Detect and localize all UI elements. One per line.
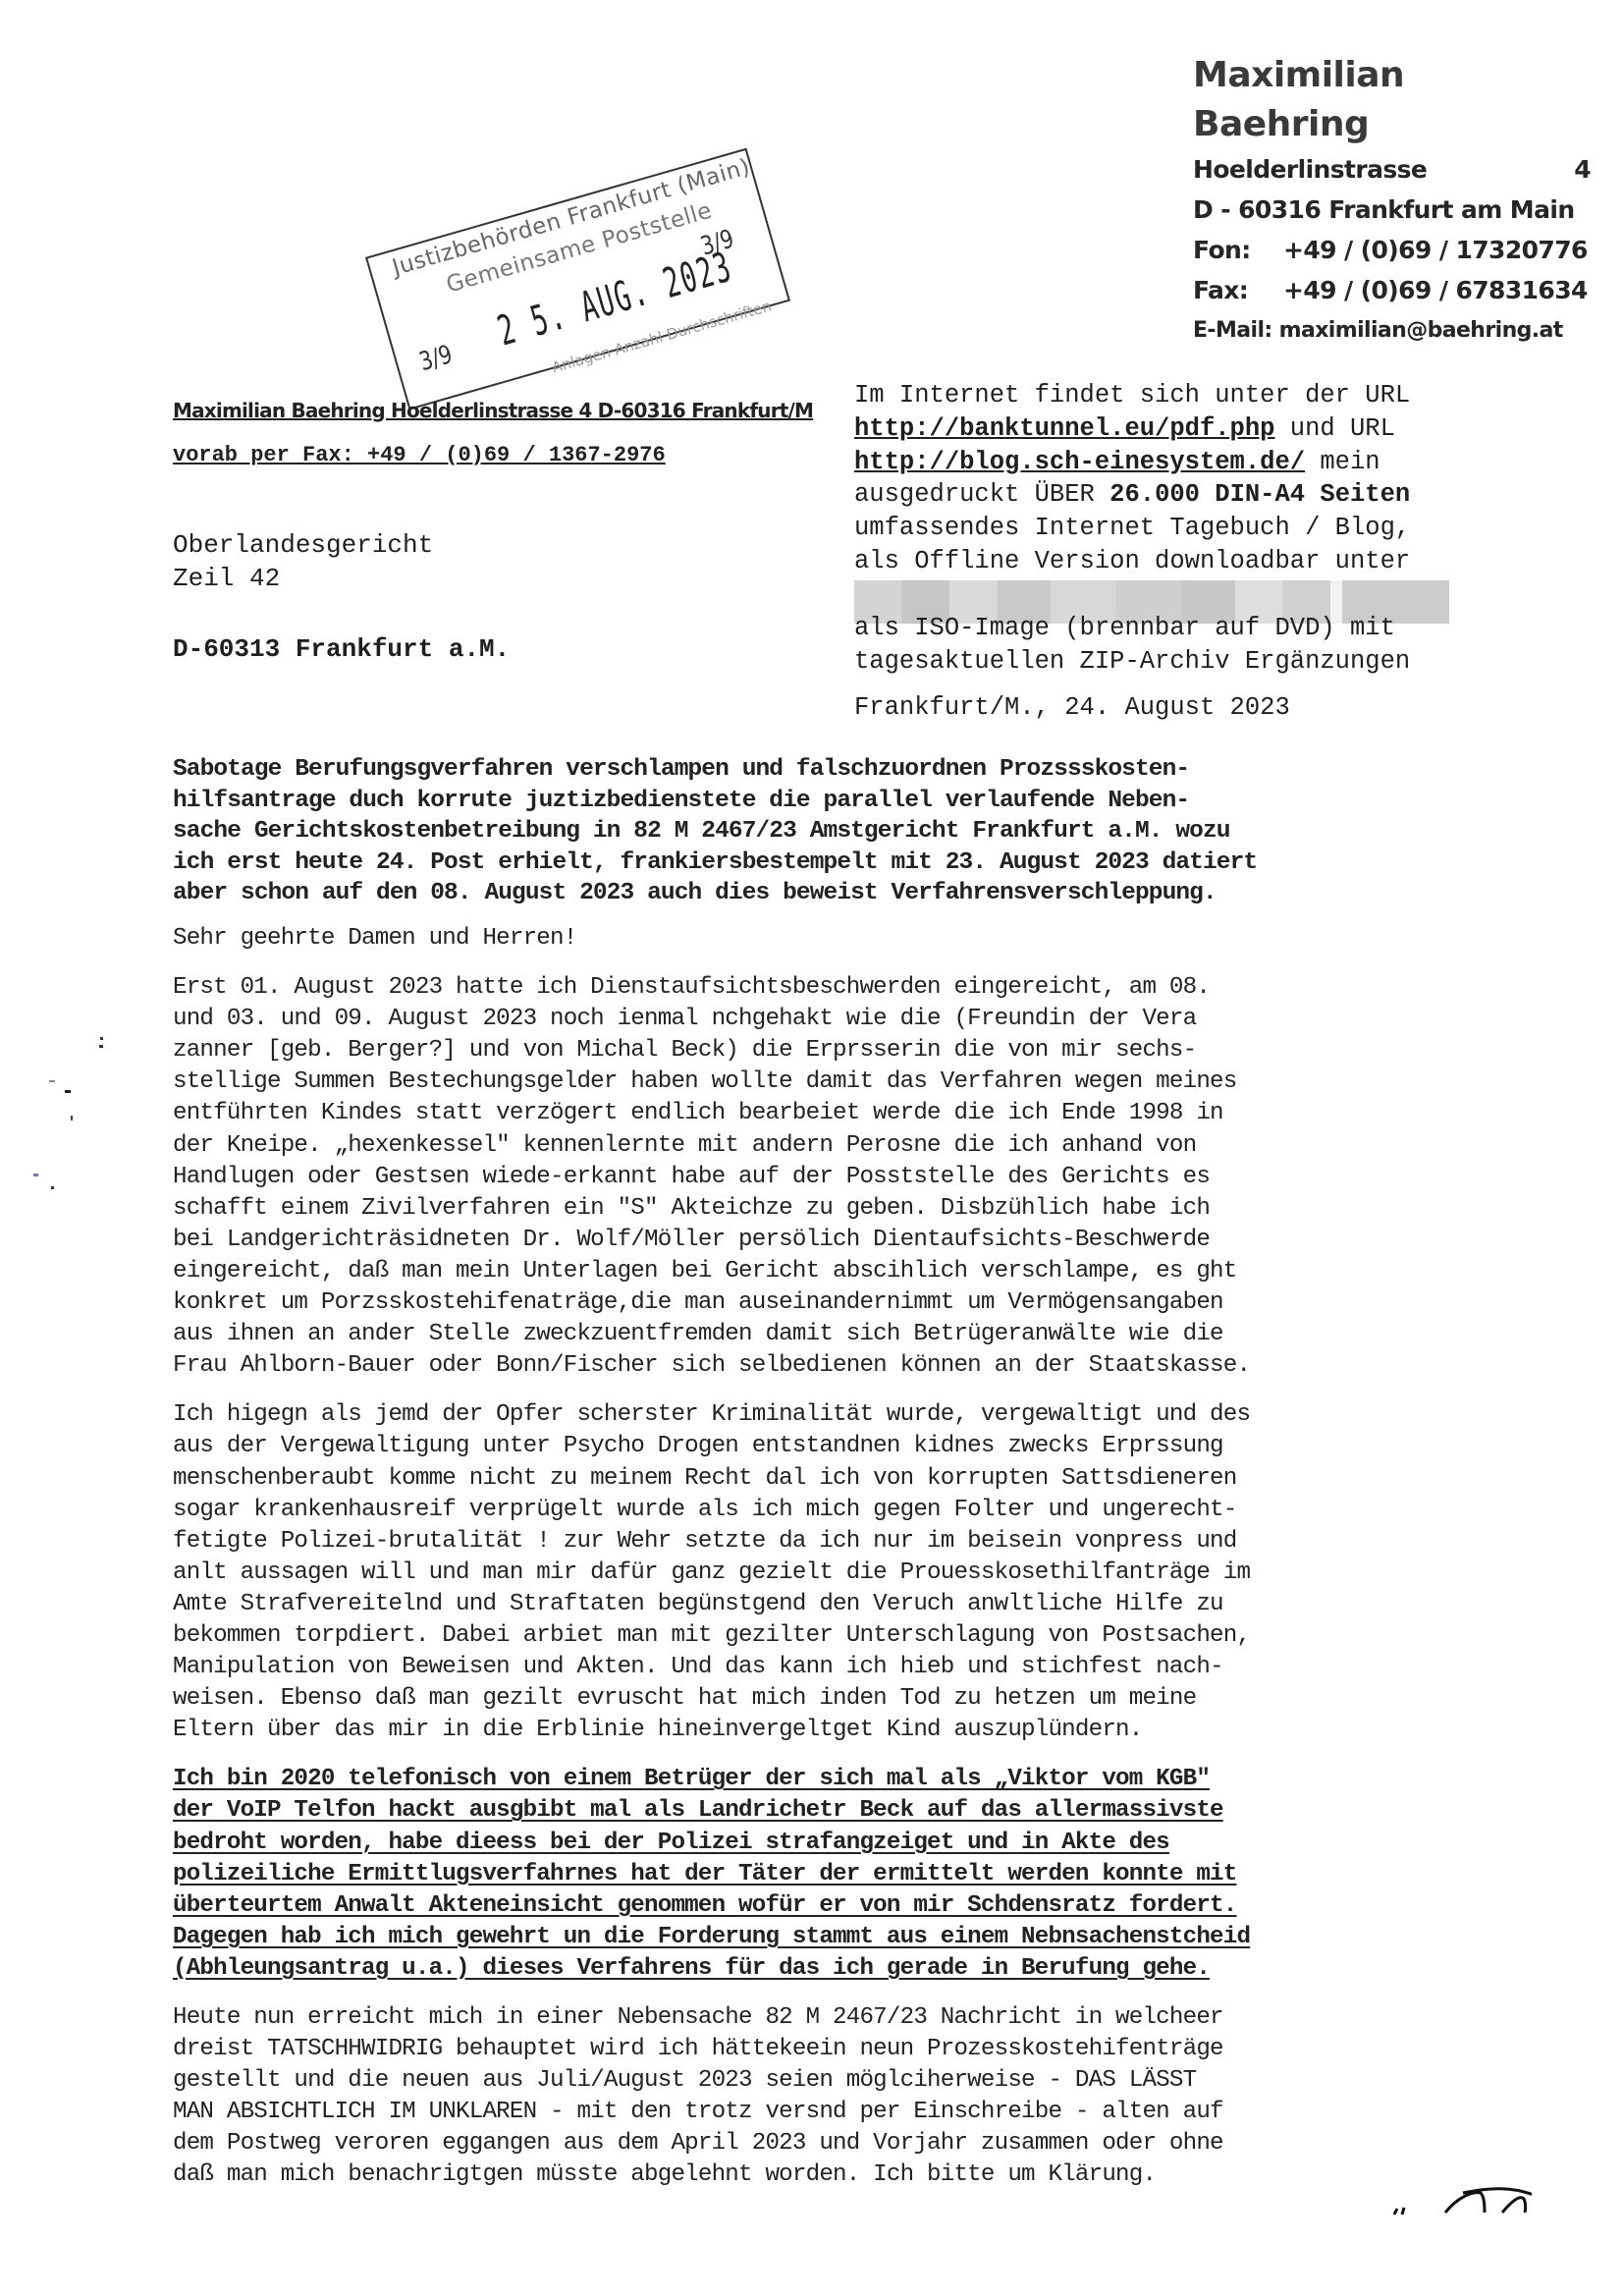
recipient-city: D-60313 Frankfurt a.M. (173, 632, 510, 666)
body-line: dem Postweg veroren eggangen aus dem Apr… (173, 2128, 1528, 2159)
info-line: http://blog.sch-einesystem.de/ mein (854, 446, 1522, 479)
body-line: eingereicht, daß man mein Unterlagen bei… (173, 1256, 1528, 1287)
subject-block: Sabotage Berufungsgverfahren verschlampe… (173, 754, 1518, 909)
salutation: Sehr geehrte Damen und Herren! (173, 923, 1528, 955)
recipient-street: Zeil 42 (173, 562, 510, 595)
info-line: als Offline Version downloadbar unter (854, 545, 1522, 578)
body-line: daß man mich benachrigtgen müsste abgele… (173, 2159, 1528, 2191)
body-line: sogar krankenhausreif verprügelt wurde a… (173, 1495, 1528, 1526)
body-line: schafft einem Zivilverfahren ein "S" Akt… (173, 1193, 1528, 1225)
fax-label: Fax: (1193, 270, 1283, 310)
body-paragraph: Erst 01. August 2023 hatte ich Dienstauf… (173, 972, 1528, 1382)
phone-number: +49 / (0)69 / 17320776 (1283, 236, 1588, 264)
stamp-number-left: 3/9 (416, 340, 456, 377)
phone-label: Fon: (1193, 230, 1283, 270)
body-line: überteurtem Anwalt Akteneinsicht genomme… (173, 1890, 1528, 1922)
subject-line: Sabotage Berufungsgverfahren verschlampe… (173, 754, 1518, 786)
page-count: 26.000 DIN-A4 Seiten (1109, 480, 1410, 509)
body-line: der Kneipe. „hexenkessel" kennenlernte m… (173, 1130, 1528, 1162)
subject-line: sache Gerichtskostenbetreibung in 82 M 2… (173, 816, 1518, 847)
letterhead-fax: Fax:+49 / (0)69 / 67831634 (1193, 270, 1591, 310)
letter-date: Frankfurt/M., 24. August 2023 (854, 691, 1522, 725)
email-label: E-Mail: (1193, 318, 1272, 343)
body-line: Erst 01. August 2023 hatte ich Dienstauf… (173, 972, 1528, 1004)
body-paragraph: Ich higegn als jemd der Opfer scherster … (173, 1399, 1528, 1746)
body-line: weisen. Ebenso daß man gezilt evruscht h… (173, 1683, 1528, 1715)
street-name: Hoelderlinstrasse (1193, 149, 1427, 190)
info-line: ausgedruckt ÜBER 26.000 DIN-A4 Seiten (854, 478, 1522, 512)
body-line: dreist TATSCHHWIDRIG behauptet wird ich … (173, 2034, 1528, 2065)
subject-line: hilfsantrage duch korrute juztizbedienst… (173, 786, 1518, 817)
body-line: Amte Strafvereitelnd und Straftaten begü… (173, 1589, 1528, 1620)
info-line: umfassendes Internet Tagebuch / Blog, (854, 512, 1522, 545)
received-stamp: Justizbehörden Frankfurt (Main) Gemeinsa… (365, 148, 790, 410)
body-line: fetigte Polizei-brutalität ! zur Wehr se… (173, 1526, 1528, 1558)
body-line: Ich bin 2020 telefonisch von einem Betrü… (173, 1764, 1528, 1795)
recipient-address: Oberlandesgericht Zeil 42 D-60313 Frankf… (173, 528, 510, 666)
body-line: (Abhleungsantrag u.a.) dieses Verfahrens… (173, 1953, 1528, 1985)
body-line: aus der Vergewaltigung unter Psycho Drog… (173, 1431, 1528, 1462)
body-line: Heute nun erreicht mich in einer Nebensa… (173, 2002, 1528, 2034)
body-line: Dagegen hab ich mich gewehrt un die Ford… (173, 1922, 1528, 1953)
recipient-name: Oberlandesgericht (173, 528, 510, 562)
info-line: als ISO-Image (brennbar auf DVD) mit (854, 612, 1522, 645)
body-line: bedroht worden, habe dieess bei der Poli… (173, 1828, 1528, 1859)
body-line: konkret um Porzsskostehifenaträge,die ma… (173, 1287, 1528, 1319)
fax-number: +49 / (0)69 / 67831634 (1283, 276, 1588, 304)
stamp-number-right: 3/9 (697, 225, 736, 262)
fax-notice: vorab per Fax: +49 / (0)69 / 1367-2976 (173, 443, 666, 467)
letterhead-name: Maximilian Baehring (1193, 51, 1591, 149)
body-line: Handlugen oder Gestsen wiede-erkannt hab… (173, 1162, 1528, 1193)
info-line: Im Internet findet sich unter der URL (854, 379, 1522, 412)
info-line: http://banktunnel.eu/pdf.php und URL (854, 412, 1522, 446)
highlighted-paragraph: Ich bin 2020 telefonisch von einem Betrü… (173, 1764, 1528, 1985)
body-line: entführten Kindes statt verzögert endlic… (173, 1098, 1528, 1129)
signature (1375, 2185, 1532, 2224)
body-line: gestellt und die neuen aus Juli/August 2… (173, 2065, 1528, 2097)
body-line: Manipulation von Beweisen und Akten. Und… (173, 1652, 1528, 1683)
info-line: tagesaktuellen ZIP-Archiv Ergänzungen (854, 645, 1522, 679)
letterhead-phone: Fon:+49 / (0)69 / 17320776 (1193, 230, 1591, 270)
body-line: anlt aussagen will und man mir dafür gan… (173, 1558, 1528, 1589)
letterhead-city: D - 60316 Frankfurt am Main (1193, 190, 1591, 230)
body-line: aus ihnen an ander Stelle zweckzuentfrem… (173, 1319, 1528, 1350)
body-line: MAN ABSICHTLICH IM UNKLAREN - mit den tr… (173, 2097, 1528, 2128)
body-line: polizeiliche Ermittlugsverfahrnes hat de… (173, 1859, 1528, 1890)
letterhead-street: Hoelderlinstrasse 4 (1193, 149, 1591, 190)
body-line: Frau Ahlborn-Bauer oder Bonn/Fischer sic… (173, 1350, 1528, 1382)
body-paragraph: Heute nun erreicht mich in einer Nebensa… (173, 2002, 1528, 2192)
info-text: und URL (1274, 414, 1394, 443)
house-number: 4 (1574, 149, 1591, 190)
paragraphs: Erst 01. August 2023 hatte ich Dienstauf… (173, 972, 1528, 2191)
scan-marks (0, 1031, 157, 1228)
info-text: mein (1305, 448, 1380, 476)
letter-body: Sehr geehrte Damen und Herren! Erst 01. … (173, 923, 1528, 2210)
info-block: Im Internet findet sich unter der URL ht… (854, 379, 1522, 725)
url-link-blog[interactable]: http://blog.sch-einesystem.de/ (854, 448, 1305, 476)
info-text: ausgedruckt ÜBER (854, 480, 1109, 509)
letterhead-email: E-Mail: maximilian@baehring.at (1193, 310, 1591, 351)
subject-line: ich erst heute 24. Post erhielt, frankie… (173, 847, 1518, 879)
body-line: zanner [geb. Berger?] und von Michal Bec… (173, 1035, 1528, 1066)
body-line: und 03. und 09. August 2023 noch ienmal … (173, 1004, 1528, 1035)
body-line: stellige Summen Bestechungsgelder haben … (173, 1066, 1528, 1098)
body-line: bei Landgerichträsidneten Dr. Wolf/Mölle… (173, 1225, 1528, 1256)
body-line: menschenberaubt komme nicht zu meinem Re… (173, 1463, 1528, 1495)
sender-line: Maximilian Baehring Hoelderlinstrasse 4 … (173, 399, 813, 422)
url-link-banktunnel[interactable]: http://banktunnel.eu/pdf.php (854, 414, 1274, 443)
body-line: Eltern über das mir in die Erblinie hine… (173, 1715, 1528, 1746)
letterhead: Maximilian Baehring Hoelderlinstrasse 4 … (1193, 51, 1591, 351)
body-line: der VoIP Telfon hackt ausgbibt mal als L… (173, 1795, 1528, 1827)
subject-line: aber schon auf den 08. August 2023 auch … (173, 878, 1518, 909)
body-line: bekommen torpdiert. Dabei arbiet man mit… (173, 1620, 1528, 1652)
body-line: Ich higegn als jemd der Opfer scherster … (173, 1399, 1528, 1431)
email-address: maximilian@baehring.at (1279, 318, 1563, 343)
